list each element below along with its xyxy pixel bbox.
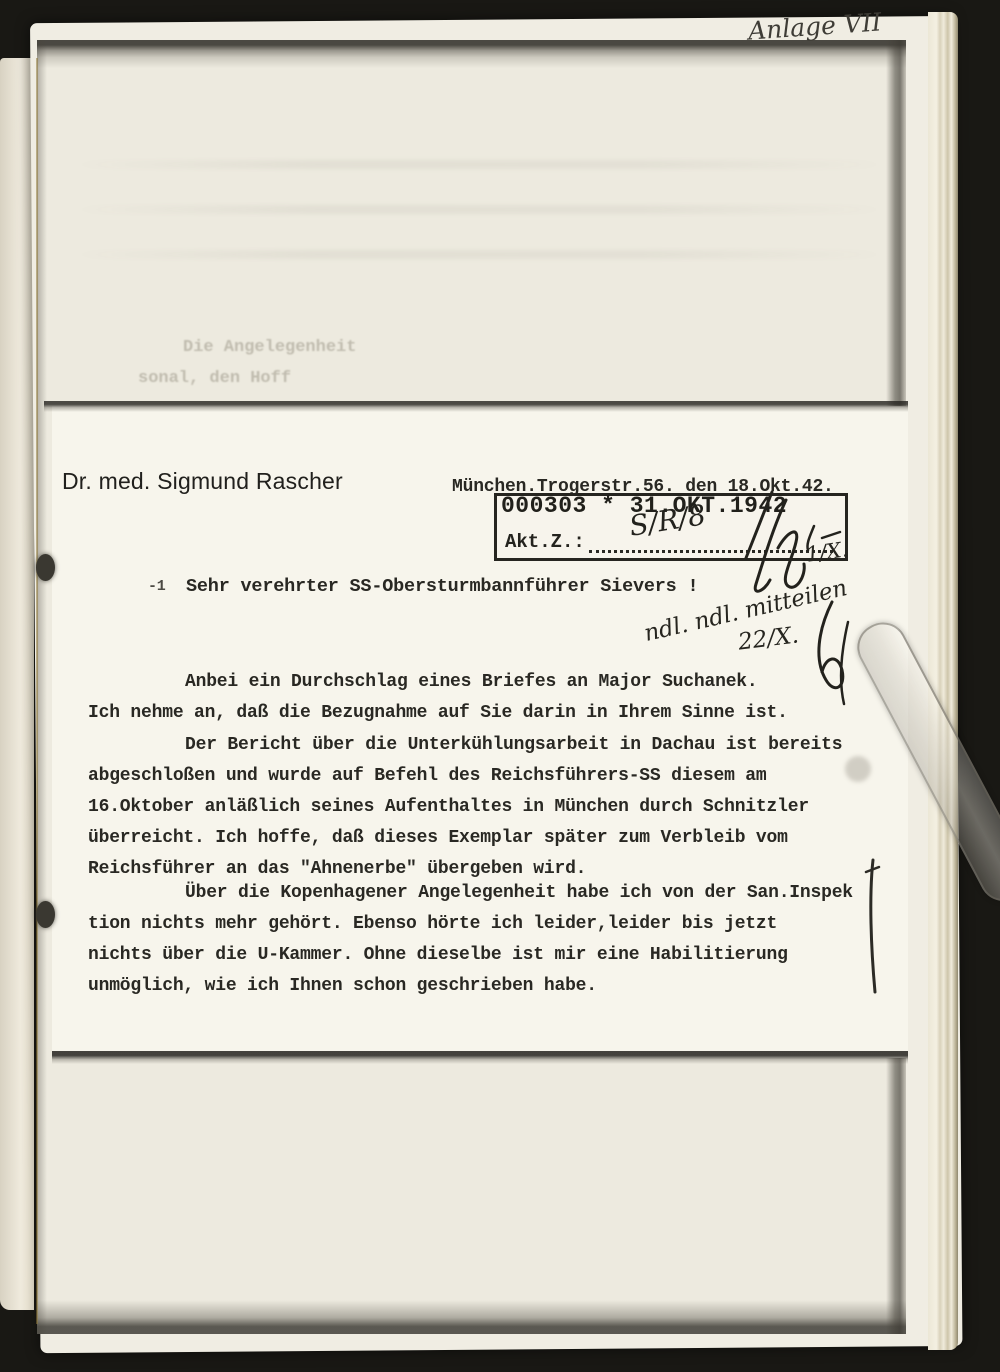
photocopy-left-border <box>37 40 47 1334</box>
document-scan: Anlage VII Die Angelegenheit sonal, den … <box>0 0 1000 1372</box>
body-line: Über die Kopenhagener Angelegenheit habe… <box>185 878 853 909</box>
punch-hole <box>36 554 55 581</box>
copy-smudge <box>70 205 890 214</box>
body-line: 16.Oktober anläßlich seines Aufenthaltes… <box>88 792 842 823</box>
photocopy-bottom-border <box>37 1300 906 1334</box>
copy-smudge <box>70 250 890 259</box>
binding-cord <box>36 58 38 1324</box>
sender-name: Dr. med. Sigmund Rascher <box>62 468 343 495</box>
copy-smudge <box>70 160 890 169</box>
paragraph: Über die Kopenhagener Angelegenheit habe… <box>88 878 853 1002</box>
salutation-mark: -1 <box>148 578 166 595</box>
stamp-akt-label: Akt.Z.: <box>505 531 585 553</box>
gray-smudge <box>845 756 871 782</box>
left-page-edge <box>0 58 34 1310</box>
body-line: tion nichts mehr gehört. Ebenso hörte ic… <box>88 909 853 940</box>
photocopy-top-border <box>37 40 906 68</box>
body-line: abgeschloßen und wurde auf Befehl des Re… <box>88 761 842 792</box>
body-line: überreicht. Ich hoffe, daß dieses Exempl… <box>88 823 842 854</box>
body-line: nichts über die U-Kammer. Ohne dieselbe … <box>88 940 853 971</box>
margin-pen-stroke <box>864 856 882 996</box>
body-line: Der Bericht über die Unterkühlungsarbeit… <box>185 730 842 761</box>
paragraph: Der Bericht über die Unterkühlungsarbeit… <box>88 730 842 885</box>
salutation: Sehr verehrter SS-Obersturmbannführer Si… <box>186 576 698 597</box>
body-line: unmöglich, wie ich Ihnen schon geschrieb… <box>88 971 853 1002</box>
page-stack-edge <box>928 12 958 1350</box>
body-line: Anbei ein Durchschlag eines Briefes an M… <box>185 667 788 698</box>
ghost-line: sonal, den Hoff <box>138 369 291 388</box>
punch-hole <box>36 901 55 928</box>
paragraph: Anbei ein Durchschlag eines Briefes an M… <box>88 667 788 729</box>
letter-sheet-bottom-edge <box>52 1051 908 1064</box>
body-line: Ich nehme an, daß die Bezugnahme auf Sie… <box>88 698 788 729</box>
letter-sheet-top-edge <box>44 401 908 412</box>
ghost-line: Die Angelegenheit <box>183 338 356 357</box>
